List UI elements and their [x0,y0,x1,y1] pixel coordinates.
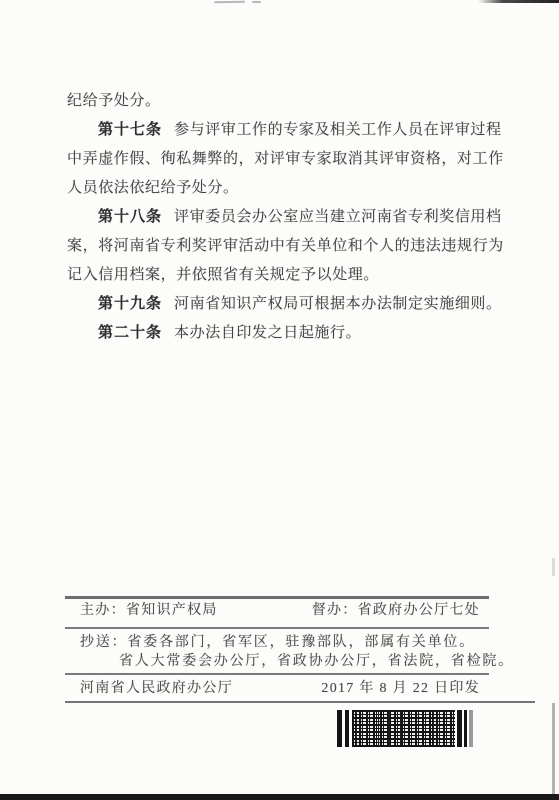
supervisor-label: 督办：省政府办公厅七处 [312,603,480,619]
footer-rule-top [65,596,489,599]
paragraph-line: 案，将河南省专利奖评审活动中有关单位和个人的违法违规行为 [67,238,504,254]
paragraph-text: 人员依法依纪给予处分。 [67,180,239,196]
paragraph-line: 第十七条参与评审工作的专家及相关工作人员在评审过程 [98,122,502,138]
scanned-document-page: 纪给予处分。 第十七条参与评审工作的专家及相关工作人员在评审过程 中弄虚作假、徇… [0,0,559,800]
cc-line-1: 抄送：省委各部门，省军区，驻豫部队，部属有关单位。 [80,635,475,651]
paragraph-text: 中弄虚作假、徇私舞弊的，对评审专家取消其评审资格，对工作 [67,151,504,167]
scan-smudge-top-center-2 [252,1,261,3]
scan-edge-bar-bottom [0,794,559,800]
barcode-icon [337,710,473,747]
paragraph-line: 纪给予处分。 [67,93,161,109]
footer-row-issuer: 河南省人民政府办公厅 2017 年 8 月 22 日印发 [80,681,480,697]
paragraph-text: 记入信用档案，并依照省有关规定予以处理。 [67,267,379,283]
paragraph-text: 参与评审工作的专家及相关工作人员在评审过程 [174,122,502,138]
barcode-quiet-bar [469,710,473,747]
paragraph-text: 案，将河南省专利奖评审活动中有关单位和个人的违法违规行为 [67,238,504,254]
paragraph-text: 本办法自印发之日起施行。 [174,325,361,341]
issuer-label: 河南省人民政府办公厅 [80,681,233,697]
article-number-20: 第二十条 [98,325,162,341]
footer-rule-middle-2 [65,673,489,675]
scan-edge-line-top-right [478,0,559,3]
paragraph-text: 纪给予处分。 [67,93,161,109]
scan-smudge-top-center [214,1,245,4]
paragraph-line: 第十八条评审委员会办公室应当建立河南省专利奖信用档 [98,209,502,225]
article-number-18: 第十八条 [98,209,162,225]
paragraph-text: 河南省知识产权局可根据本办法制定实施细则。 [174,296,502,312]
paragraph-line: 人员依法依纪给予处分。 [67,180,239,196]
paragraph-line: 第十九条河南省知识产权局可根据本办法制定实施细则。 [98,296,502,312]
paragraph-line: 中弄虚作假、徇私舞弊的，对评审专家取消其评审资格，对工作 [67,151,504,167]
scan-edge-line-right [552,703,555,795]
footer-rule-bottom [65,701,535,703]
organizer-label: 主办：省知识产权局 [80,603,218,619]
footer-rule-middle-1 [65,627,489,629]
paragraph-line: 记入信用档案，并依照省有关规定予以处理。 [67,267,379,283]
cc-line-2: 省人大常委会办公厅，省政协办公厅，省法院，省检院。 [119,654,514,670]
print-date: 2017 年 8 月 22 日印发 [321,681,480,697]
paragraph-line: 第二十条本办法自印发之日起施行。 [98,325,361,341]
footer-row-organizer: 主办：省知识产权局 督办：省政府办公厅七处 [80,603,480,619]
paragraph-text: 评审委员会办公室应当建立河南省专利奖信用档 [174,209,502,225]
barcode-noise-region [352,710,455,747]
scan-edge-line-right-faint [552,558,555,576]
article-number-19: 第十九条 [98,296,162,312]
article-number-17: 第十七条 [98,122,162,138]
